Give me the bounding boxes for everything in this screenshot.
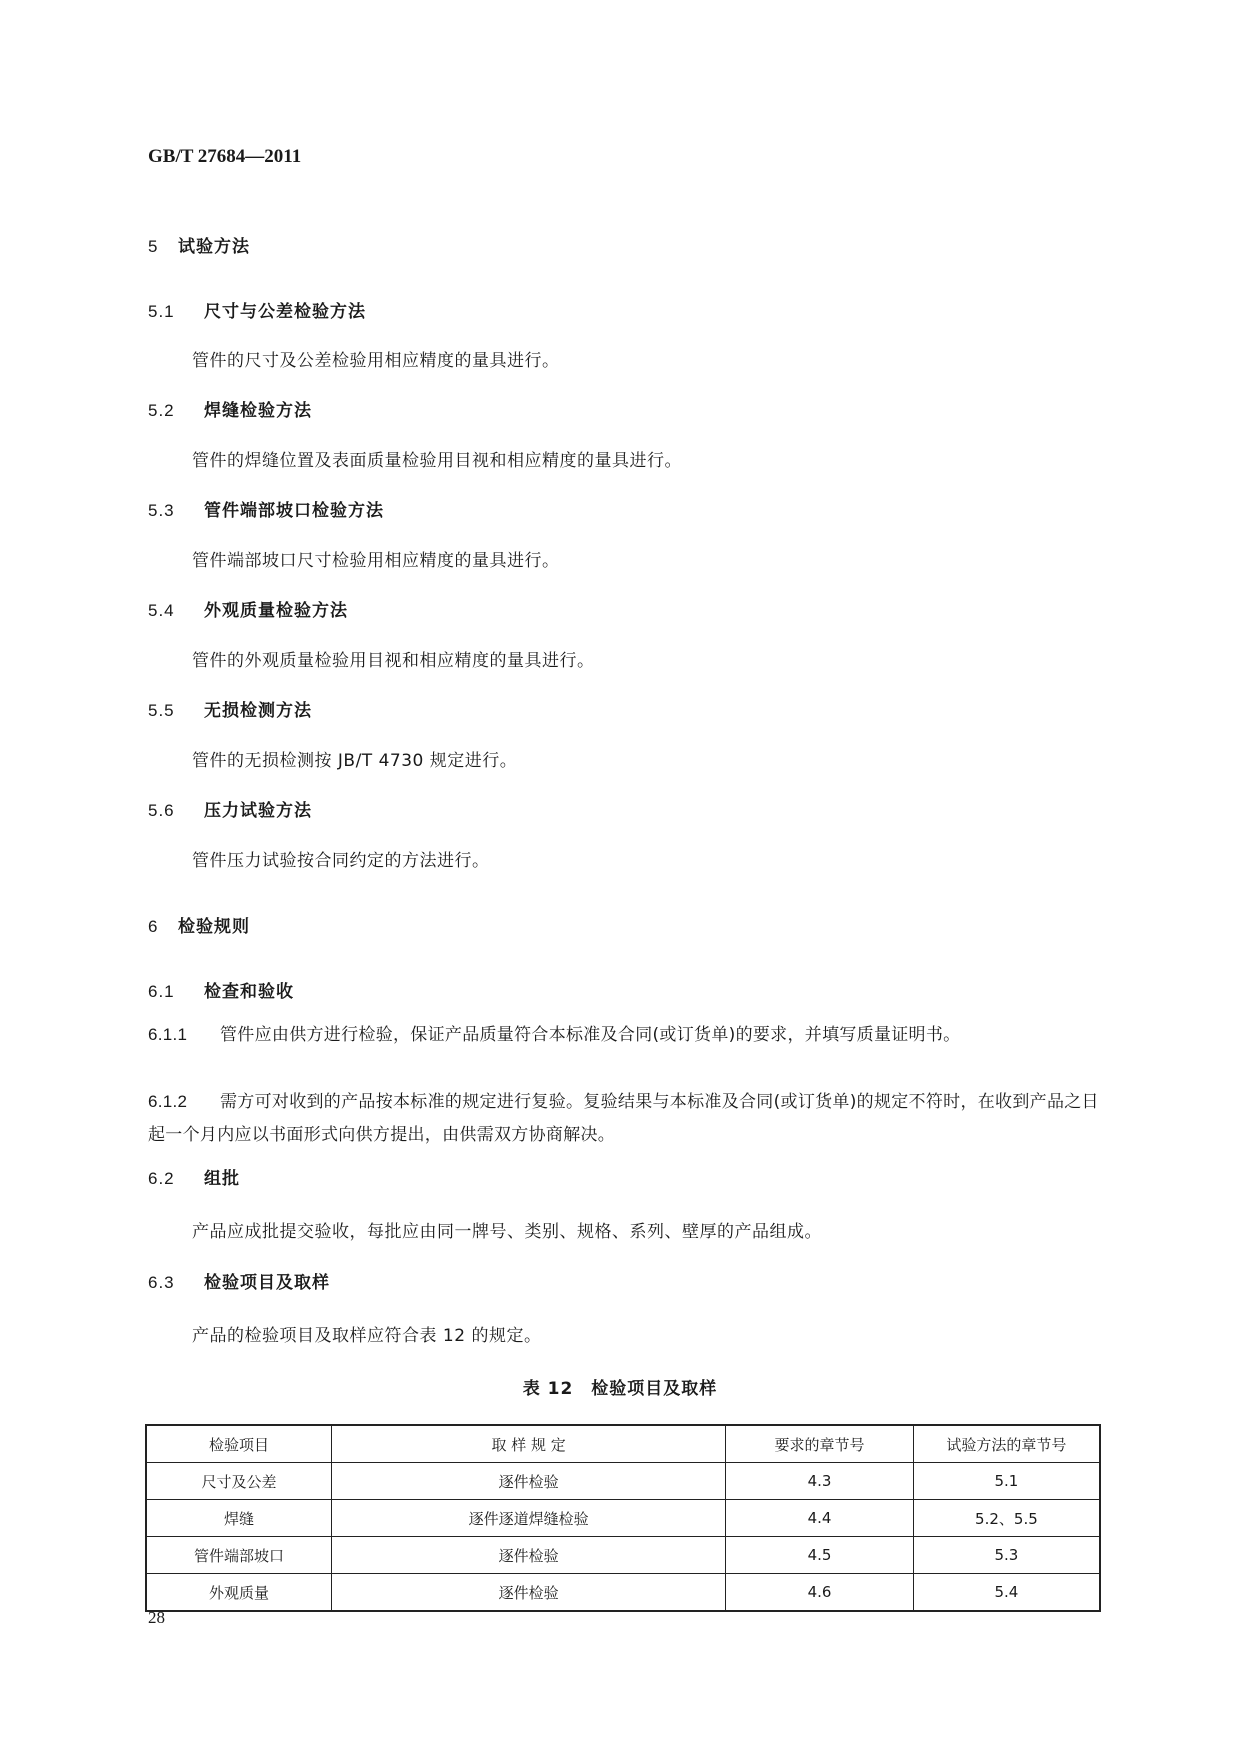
section-title: 组批 (204, 1169, 240, 1189)
table-row: 管件端部坡口 逐件检验 4.5 5.3 (146, 1537, 1100, 1574)
section-6-1-2-paragraph: 6.1.2需方可对收到的产品按本标准的规定进行复验。复验结果与本标准及合同(或订… (148, 1085, 1103, 1152)
section-6-heading: 6检验规则 (148, 912, 250, 937)
section-5-6-body: 管件压力试验按合同约定的方法进行。 (192, 846, 490, 871)
section-number: 5.6 (148, 801, 204, 821)
table-cell: 5.3 (913, 1537, 1100, 1574)
table-cell: 4.3 (726, 1463, 914, 1500)
table-header-row: 检验项目 取 样 规 定 要求的章节号 试验方法的章节号 (146, 1425, 1100, 1463)
section-number: 6.1.2 (148, 1085, 220, 1118)
table-cell: 逐件检验 (332, 1463, 726, 1500)
section-number: 6.2 (148, 1169, 204, 1189)
section-title: 检验项目及取样 (204, 1273, 330, 1293)
table-row: 焊缝 逐件逐道焊缝检验 4.4 5.2、5.5 (146, 1500, 1100, 1537)
section-title: 焊缝检验方法 (204, 401, 312, 421)
table-row: 尺寸及公差 逐件检验 4.3 5.1 (146, 1463, 1100, 1500)
section-6-1-heading: 6.1检查和验收 (148, 977, 294, 1002)
column-header: 要求的章节号 (726, 1425, 914, 1463)
section-5-2-heading: 5.2焊缝检验方法 (148, 396, 312, 421)
section-5-1-body: 管件的尺寸及公差检验用相应精度的量具进行。 (192, 346, 560, 371)
inspection-items-table: 检验项目 取 样 规 定 要求的章节号 试验方法的章节号 尺寸及公差 逐件检验 … (145, 1424, 1101, 1612)
table-cell: 焊缝 (146, 1500, 332, 1537)
section-6-2-body: 产品应成批提交验收，每批应由同一牌号、类别、规格、系列、壁厚的产品组成。 (192, 1217, 822, 1242)
section-5-5-heading: 5.5无损检测方法 (148, 696, 312, 721)
table-12-caption: 表 12 检验项目及取样 (0, 1374, 1240, 1399)
section-5-3-body: 管件端部坡口尺寸检验用相应精度的量具进行。 (192, 546, 560, 571)
section-5-3-heading: 5.3管件端部坡口检验方法 (148, 496, 384, 521)
section-6-3-heading: 6.3检验项目及取样 (148, 1268, 330, 1293)
section-6-2-heading: 6.2组批 (148, 1164, 240, 1189)
table-cell: 管件端部坡口 (146, 1537, 332, 1574)
section-number: 5.3 (148, 501, 204, 521)
section-number: 6.1.1 (148, 1018, 220, 1051)
section-number: 6.1 (148, 982, 204, 1002)
section-title: 外观质量检验方法 (204, 601, 348, 621)
section-5-4-heading: 5.4外观质量检验方法 (148, 596, 348, 621)
paragraph-text: 需方可对收到的产品按本标准的规定进行复验。复验结果与本标准及合同(或订货单)的规… (148, 1092, 1099, 1145)
table-cell: 4.6 (726, 1574, 914, 1612)
page-number: 28 (148, 1608, 165, 1628)
section-title: 检验规则 (178, 917, 250, 937)
section-number: 5.2 (148, 401, 204, 421)
section-title: 压力试验方法 (204, 801, 312, 821)
table-cell: 4.4 (726, 1500, 914, 1537)
section-title: 试验方法 (178, 237, 250, 257)
section-title: 检查和验收 (204, 982, 294, 1002)
section-5-1-heading: 5.1尺寸与公差检验方法 (148, 297, 366, 322)
section-number: 6.3 (148, 1273, 204, 1293)
section-number: 5.5 (148, 701, 204, 721)
standard-code-header: GB/T 27684—2011 (148, 146, 301, 168)
table-cell: 逐件检验 (332, 1537, 726, 1574)
table-cell: 5.2、5.5 (913, 1500, 1100, 1537)
section-number: 5.1 (148, 302, 204, 322)
section-5-2-body: 管件的焊缝位置及表面质量检验用目视和相应精度的量具进行。 (192, 446, 682, 471)
section-title: 无损检测方法 (204, 701, 312, 721)
table-cell: 逐件检验 (332, 1574, 726, 1612)
column-header: 试验方法的章节号 (913, 1425, 1100, 1463)
table-cell: 逐件逐道焊缝检验 (332, 1500, 726, 1537)
section-title: 管件端部坡口检验方法 (204, 501, 384, 521)
section-title: 尺寸与公差检验方法 (204, 302, 366, 322)
section-5-heading: 5试验方法 (148, 232, 250, 257)
table-cell: 4.5 (726, 1537, 914, 1574)
section-5-5-body: 管件的无损检测按 JB/T 4730 规定进行。 (192, 746, 517, 771)
table-cell: 5.1 (913, 1463, 1100, 1500)
column-header: 检验项目 (146, 1425, 332, 1463)
section-6-1-1-paragraph: 6.1.1管件应由供方进行检验，保证产品质量符合本标准及合同(或订货单)的要求，… (148, 1018, 1103, 1052)
table-cell: 外观质量 (146, 1574, 332, 1612)
table-cell: 尺寸及公差 (146, 1463, 332, 1500)
column-header: 取 样 规 定 (332, 1425, 726, 1463)
paragraph-text: 管件应由供方进行检验，保证产品质量符合本标准及合同(或订货单)的要求，并填写质量… (220, 1025, 960, 1045)
section-number: 6 (148, 917, 178, 937)
section-6-3-body: 产品的检验项目及取样应符合表 12 的规定。 (192, 1321, 541, 1346)
section-number: 5.4 (148, 601, 204, 621)
table-cell: 5.4 (913, 1574, 1100, 1612)
section-number: 5 (148, 237, 178, 257)
section-5-4-body: 管件的外观质量检验用目视和相应精度的量具进行。 (192, 646, 595, 671)
table-row: 外观质量 逐件检验 4.6 5.4 (146, 1574, 1100, 1612)
section-5-6-heading: 5.6压力试验方法 (148, 796, 312, 821)
